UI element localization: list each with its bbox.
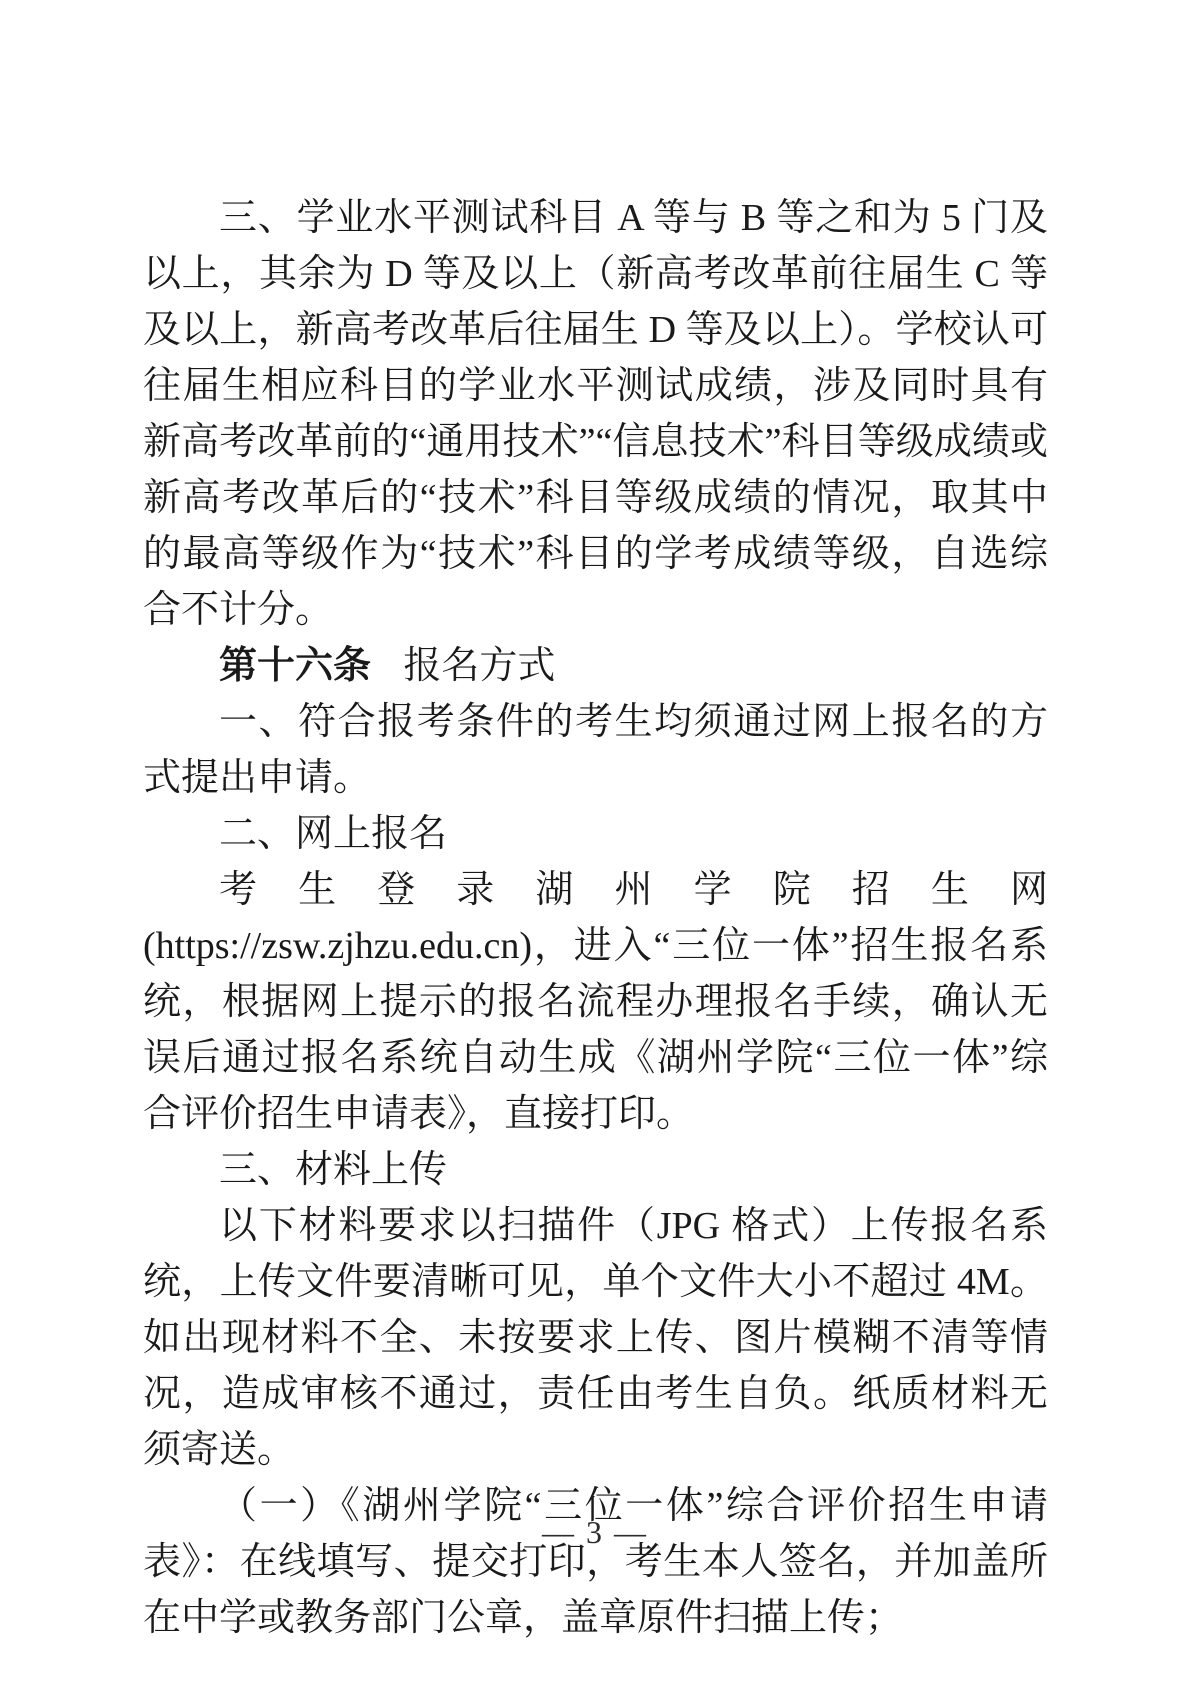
paragraph-text: （一）《湖州学院“三位一体”综合评价招生申请表》：在线填写、提交打印，考生本人签… bbox=[143, 1485, 1048, 1639]
section-heading: 第十六条报名方式 bbox=[143, 638, 1048, 694]
section-title: 报名方式 bbox=[403, 645, 555, 687]
paragraph-upload-requirements: 以下材料要求以扫描件（JPG 格式）上传报名系统，上传文件要清晰可见，单个文件大… bbox=[143, 1198, 1048, 1478]
paragraph-text: 三、材料上传 bbox=[219, 1149, 447, 1191]
paragraph-academic-test-requirements: 三、学业水平测试科目 A 等与 B 等之和为 5 门及以上，其余为 D 等及以上… bbox=[143, 190, 1048, 638]
paragraph-text: 以下材料要求以扫描件（JPG 格式）上传报名系统，上传文件要清晰可见，单个文件大… bbox=[143, 1205, 1048, 1471]
paragraph-online-application-requirement: 一、符合报考条件的考生均须通过网上报名的方式提出申请。 bbox=[143, 694, 1048, 806]
page-number: — 3 — bbox=[542, 1514, 648, 1550]
paragraph-application-form-item: （一）《湖州学院“三位一体”综合评价招生申请表》：在线填写、提交打印，考生本人签… bbox=[143, 1478, 1048, 1646]
paragraph-text: 考生登录湖州学院招生网 (https://zsw.zjhzu.edu.cn)，进… bbox=[143, 869, 1048, 1135]
paragraph-text: 一、符合报考条件的考生均须通过网上报名的方式提出申请。 bbox=[143, 701, 1048, 799]
paragraph-text: 三、学业水平测试科目 A 等与 B 等之和为 5 门及以上，其余为 D 等及以上… bbox=[143, 197, 1048, 631]
paragraph-text: 二、网上报名 bbox=[219, 813, 447, 855]
document-page: 三、学业水平测试科目 A 等与 B 等之和为 5 门及以上，其余为 D 等及以上… bbox=[0, 0, 1190, 1684]
section-number: 第十六条 bbox=[219, 645, 371, 687]
paragraph-registration-procedure: 考生登录湖州学院招生网 (https://zsw.zjhzu.edu.cn)，进… bbox=[143, 862, 1048, 1142]
paragraph-material-upload-subheading: 三、材料上传 bbox=[143, 1142, 1048, 1198]
page-number-footer: — 3 — bbox=[0, 1512, 1190, 1552]
document-body: 三、学业水平测试科目 A 等与 B 等之和为 5 门及以上，其余为 D 等及以上… bbox=[143, 190, 1048, 1646]
paragraph-online-registration-subheading: 二、网上报名 bbox=[143, 806, 1048, 862]
